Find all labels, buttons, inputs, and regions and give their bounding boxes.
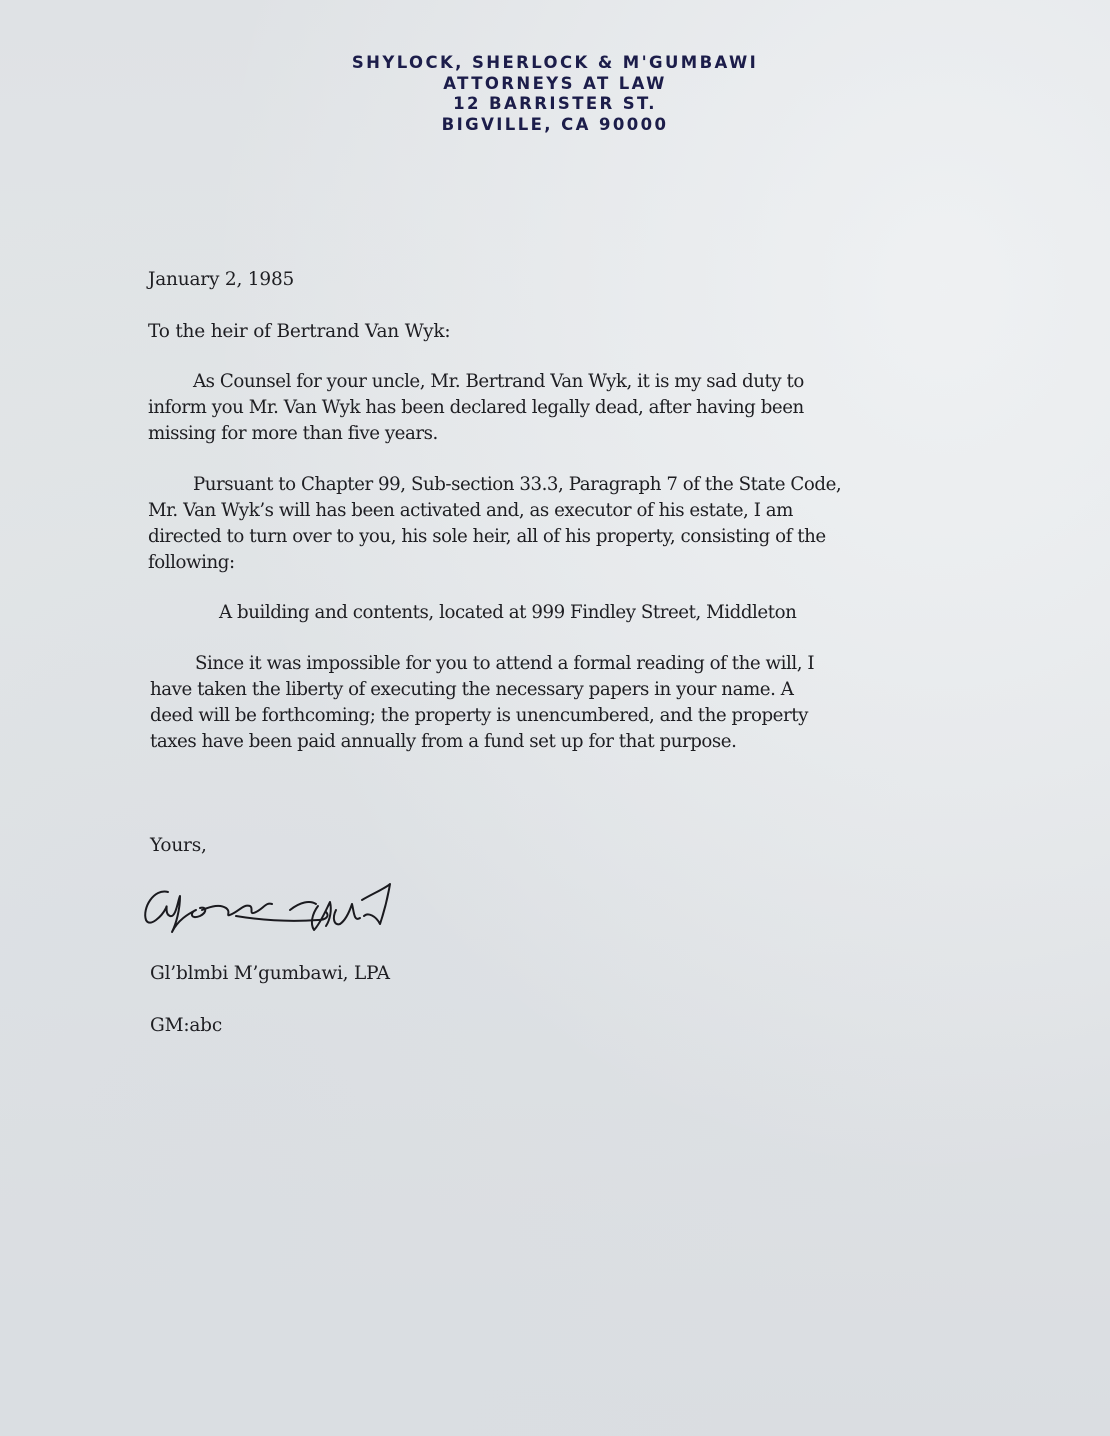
firm-subtitle: ATTORNEYS AT LAW: [0, 74, 1110, 95]
signature-icon: [140, 880, 400, 940]
signer-name: Gl’blmbi M’gumbawi, LPA: [150, 963, 390, 984]
closing: Yours,: [150, 835, 207, 856]
paragraph-line: missing for more than five years.: [148, 421, 804, 447]
paragraph-line: directed to turn over to you, his sole h…: [148, 524, 841, 550]
letter-date: January 2, 1985: [148, 269, 294, 290]
letterhead: SHYLOCK, SHERLOCK & M'GUMBAWI ATTORNEYS …: [0, 53, 1110, 135]
property-description: A building and contents, located at 999 …: [219, 600, 796, 626]
paragraph-line: have taken the liberty of executing the …: [150, 677, 814, 703]
paragraph-line: Since it was impossible for you to atten…: [150, 651, 814, 677]
paragraph-line: deed will be forthcoming; the property i…: [150, 703, 814, 729]
paragraph-3: Since it was impossible for you to atten…: [150, 651, 814, 755]
paragraph-2: Pursuant to Chapter 99, Sub-section 33.3…: [148, 472, 841, 576]
firm-city: BIGVILLE, CA 90000: [0, 115, 1110, 136]
paragraph-line: As Counsel for your uncle, Mr. Bertrand …: [148, 369, 804, 395]
paragraph-line: following:: [148, 550, 841, 576]
salutation: To the heir of Bertrand Van Wyk:: [148, 321, 450, 342]
paragraph-line: inform you Mr. Van Wyk has been declared…: [148, 395, 804, 421]
firm-name: SHYLOCK, SHERLOCK & M'GUMBAWI: [0, 53, 1110, 74]
firm-street: 12 BARRISTER ST.: [0, 94, 1110, 115]
property-item: A building and contents, located at 999 …: [219, 600, 796, 626]
paragraph-line: Pursuant to Chapter 99, Sub-section 33.3…: [148, 472, 841, 498]
paragraph-1: As Counsel for your uncle, Mr. Bertrand …: [148, 369, 804, 447]
reference-initials: GM:abc: [150, 1015, 222, 1036]
paragraph-line: taxes have been paid annually from a fun…: [150, 729, 814, 755]
letter-page: SHYLOCK, SHERLOCK & M'GUMBAWI ATTORNEYS …: [0, 0, 1110, 1436]
paragraph-line: Mr. Van Wyk’s will has been activated an…: [148, 498, 841, 524]
